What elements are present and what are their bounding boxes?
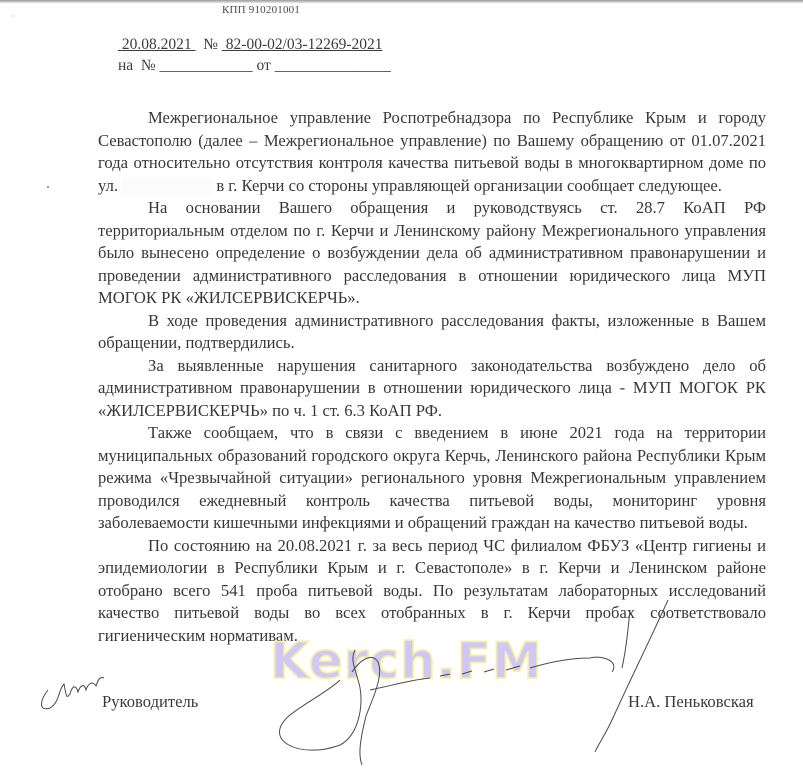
signatory-title: Руководитель <box>102 692 198 712</box>
outgoing-registration-line: 20.08.2021 № 82-00-02/03-12269-2021 <box>118 36 383 54</box>
reply-to-blank: ____________ <box>160 57 253 74</box>
reply-to-label: на № <box>118 57 156 74</box>
redacted-street <box>122 179 212 195</box>
outgoing-number: 82-00-02/03-12269-2021 <box>222 36 383 53</box>
kpp-code: КПП 910201001 <box>222 4 300 16</box>
scan-speck <box>47 186 49 188</box>
paragraph-emergency: Также сообщаем, что в связи с введением … <box>98 422 766 535</box>
reply-to-line: на № ____________ от _______________ <box>118 57 391 75</box>
from-label: от <box>256 57 270 74</box>
paragraph-investigation: На основании Вашего обращения и руководс… <box>98 197 766 310</box>
number-sign: № <box>203 36 218 53</box>
scan-speck <box>12 15 14 17</box>
paragraph-case: За выявленные нарушения санитарного зако… <box>98 355 766 423</box>
letter-body: Межрегиональное управление Роспотребнадз… <box>98 107 766 647</box>
from-blank: _______________ <box>275 57 391 74</box>
signature-scribbles <box>0 600 803 768</box>
paragraph-intro: Межрегиональное управление Роспотребнадз… <box>98 107 766 197</box>
paragraph-confirmed: В ходе проведения административного расс… <box>98 310 766 355</box>
signatory-name: Н.А. Пеньковская <box>628 692 754 712</box>
scan-top-edge <box>0 0 803 3</box>
outgoing-date: 20.08.2021 <box>118 36 196 53</box>
